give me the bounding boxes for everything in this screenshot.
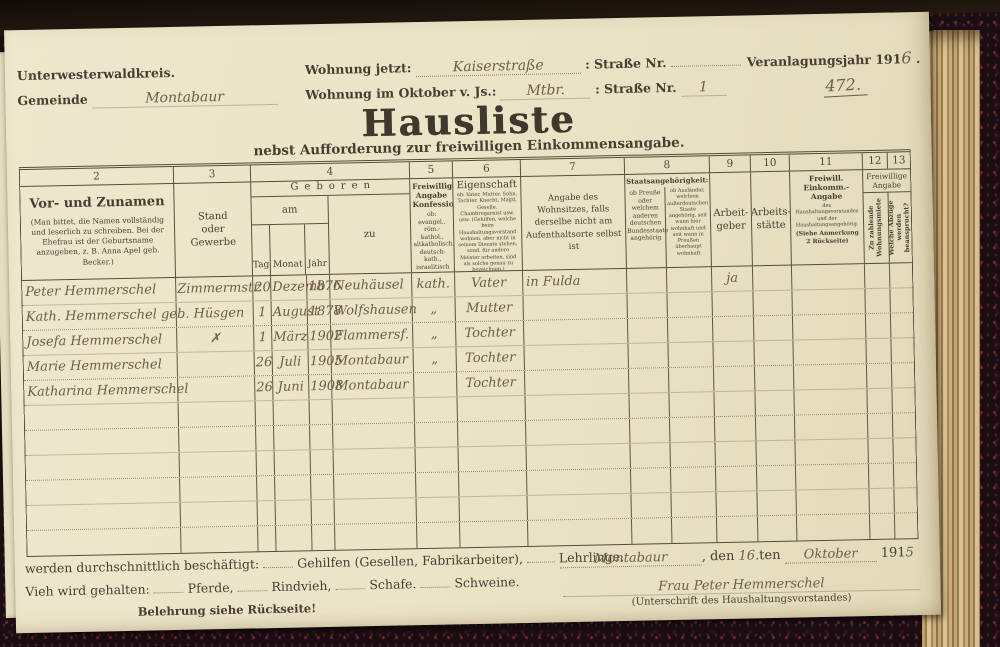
cell-arbeitgeber [712, 291, 753, 316]
belehrung-note: Belehrung siehe Rückseite! [26, 598, 486, 621]
header-einkommen-note: des Haushaltungsvorstandes und der Haush… [793, 202, 861, 228]
hausliste-table: 2 3 4 5 6 7 8 9 10 11 12 13 Vor- und Zun… [19, 149, 919, 557]
cell-tag: 26 [255, 351, 273, 375]
cell-geburtsort [333, 423, 415, 449]
cell-jahr [311, 475, 334, 499]
header-jahr: Jahr [305, 224, 329, 274]
livestock-blank-2 [237, 580, 267, 592]
cell-arbeitgeber [716, 491, 757, 516]
header-names: Vor- und Zunamen (Man bittet, die Namen … [20, 184, 176, 280]
header-arbeitsstaette: Arbeits- stätte [751, 172, 792, 266]
cell-staat-deutsch [627, 268, 667, 293]
cell-name [25, 428, 179, 455]
header-staat-title: Staatsangehörigkeit: [625, 173, 709, 186]
cell-arbeitgeber [713, 341, 754, 366]
cell-konfession [415, 397, 458, 422]
header-arbeitgeber: Arbeit- geber [710, 172, 753, 266]
cell-staat-ausland [668, 317, 713, 342]
cell-staat-deutsch [628, 343, 668, 368]
livestock-schweine: Schweine. [454, 574, 519, 590]
cell-staat-ausland [667, 292, 712, 317]
strasse-nr-label: : Straße Nr. [585, 55, 667, 72]
cell-wohnsitz [526, 419, 630, 445]
date-day-value: 16. [738, 548, 759, 563]
cell-jahr: 1902 [308, 325, 331, 349]
cell-wohnsitz [525, 394, 629, 420]
livestock-line: Vieh wird gehalten: Pferde, Rindvieh, Sc… [25, 575, 485, 599]
cell-konfession [416, 447, 459, 472]
header-eigenschaft: Eigenschaft ob: Vater, Mutter, Sohn, Toc… [453, 177, 523, 271]
cell-wohnsitz [528, 519, 632, 546]
col-number-10: 10 [751, 155, 790, 172]
strasse-nr-jetzt-value [671, 65, 741, 67]
cell-jahr: 1905 [309, 350, 332, 374]
employed-label: werden durchschnittlich beschäftigt: [25, 556, 260, 576]
cell-miete [866, 314, 891, 338]
header-staatsangehoerigkeit: Staatsangehörigkeit: ob Preuße oder welc… [625, 173, 712, 268]
table-body: Peter Hemmerschel Zimmermstr. 20 Dezemb.… [22, 263, 917, 556]
cell-geburtsort [335, 498, 417, 524]
cell-arbeitsstaette [755, 391, 794, 416]
cell-name [26, 453, 180, 480]
header-tag-monat-jahr: Tag Monat Jahr [252, 224, 329, 276]
cell-staat-ausland [669, 367, 714, 392]
header-zu: zu [328, 194, 411, 274]
cell-name: Josefa Hemmerschel [23, 328, 177, 355]
cell-geburtsort: Wolfshausen [331, 298, 413, 324]
cell-staat-deutsch [628, 318, 668, 343]
cell-tag [257, 451, 275, 475]
cell-staat-ausland [670, 417, 715, 442]
cell-arbeitsstaette [753, 291, 792, 316]
cell-jahr [310, 425, 333, 449]
cell-monat [274, 425, 310, 450]
cell-wohnsitz [524, 319, 628, 345]
cell-staat-ausland [671, 467, 716, 492]
cell-einkommen [795, 439, 868, 464]
header-geboren: Geboren am Tag Monat Jahr zu [251, 179, 412, 275]
cell-stand: ✗ [177, 326, 254, 352]
cell-einkommen [797, 514, 870, 540]
cell-name [27, 503, 181, 530]
cell-staat-ausland [667, 267, 712, 292]
cell-abzuege [895, 513, 917, 538]
table-header-row: Vor- und Zunamen (Man bittet, die Namen … [20, 169, 912, 281]
cell-miete [868, 414, 893, 438]
cell-tag [257, 476, 275, 500]
wohnung-jetzt-line: Wohnung jetzt: Kaiserstraße : Straße Nr. [305, 54, 741, 80]
header-konfession-title: Freiwillige Angabe Konfession [412, 181, 451, 209]
cell-arbeitgeber: ja [712, 266, 753, 291]
cell-miete [869, 464, 894, 488]
hausliste-page: Unterwesterwaldkreis. Gemeinde Montabaur… [4, 12, 941, 633]
cell-eigenschaft: Tochter [456, 346, 524, 371]
header-freiwillige-angabe: Freiwillige Angabe Zu zahlende Wohnungsm… [863, 169, 912, 263]
cell-arbeitsstaette [754, 316, 793, 341]
header-abzuege-vertical: Welche Abzüge werden beansprucht? [888, 194, 912, 260]
cell-arbeitsstaette [754, 341, 793, 366]
cell-stand [179, 426, 256, 452]
livestock-pferde: Pferde, [188, 580, 234, 596]
cell-tag [256, 426, 274, 450]
cell-staat-ausland [672, 517, 717, 543]
cell-arbeitsstaette [757, 491, 796, 516]
cell-einkommen [794, 389, 867, 414]
col-number-6: 6 [453, 160, 521, 177]
cell-eigenschaft: Tochter [456, 321, 524, 346]
employed-blank-2 [527, 551, 555, 563]
header-geboren-am-group: am Tag Monat Jahr [251, 196, 330, 276]
cell-stand: Zimmermstr. [176, 276, 253, 302]
cell-konfession: „ [414, 347, 457, 372]
cell-eigenschaft: Mutter [455, 296, 523, 321]
col-number-12: 12 [863, 153, 888, 169]
header-einkommen: Freiwill. Einkomm.-Angabe des Haushaltun… [790, 170, 865, 264]
cell-geburtsort [334, 448, 416, 474]
cell-arbeitsstaette [755, 366, 794, 391]
cell-stand [181, 526, 258, 553]
veranlagungsjahr-label: Veranlagungsjahr 191 [747, 51, 902, 69]
cell-abzuege [891, 313, 913, 337]
cell-tag [256, 401, 274, 425]
cell-jahr: 1876 [307, 275, 330, 299]
cell-eigenschaft: Tochter [457, 371, 525, 396]
veranlagungsjahr-value: 6 [901, 48, 912, 67]
cell-wohnsitz [523, 294, 627, 320]
cell-wohnsitz [526, 444, 630, 470]
cell-staat-deutsch [630, 418, 670, 443]
cell-arbeitsstaette [756, 416, 795, 441]
header-geboren-body: am Tag Monat Jahr zu [251, 194, 411, 275]
cell-abzuege [890, 263, 912, 287]
cell-eigenschaft [459, 446, 527, 471]
cell-tag: 1 [254, 301, 272, 325]
cell-tag [258, 526, 276, 551]
cell-geburtsort [333, 398, 415, 424]
cell-konfession [415, 422, 458, 447]
cell-name: Katharina Hemmerschel [24, 378, 178, 405]
cell-arbeitgeber [714, 366, 755, 391]
cell-monat [275, 450, 311, 475]
cell-abzuege [890, 288, 912, 312]
cell-tag: 1 [254, 326, 272, 350]
cell-staat-deutsch [630, 443, 670, 468]
cell-eigenschaft [457, 396, 525, 421]
col-number-11: 11 [790, 153, 863, 170]
cell-konfession [416, 472, 459, 497]
col-number-7: 7 [521, 158, 625, 176]
cell-eigenschaft [460, 521, 528, 547]
cell-einkommen [796, 489, 869, 514]
year-value: 5 [905, 545, 914, 560]
cell-tag: 20 [253, 276, 271, 300]
cell-monat [275, 475, 311, 500]
cell-jahr: 1878 [308, 300, 331, 324]
cell-monat: Juli [273, 350, 309, 375]
livestock-schafe: Schafe. [369, 576, 416, 592]
cell-einkommen [792, 289, 865, 314]
cell-name [27, 528, 181, 556]
livestock-blank-1 [154, 582, 184, 594]
cell-monat: Dezemb. [271, 275, 307, 300]
cell-monat [274, 400, 310, 425]
cell-arbeitgeber [715, 416, 756, 441]
header-names-title: Vor- und Zunamen [25, 194, 168, 212]
cell-monat: August [272, 300, 308, 325]
header-stand: Stand oder Gewerbe [174, 182, 253, 277]
cell-monat: Juni [273, 375, 309, 400]
cell-abzuege [893, 413, 915, 437]
cell-staat-deutsch [631, 493, 671, 518]
cell-konfession: „ [413, 297, 456, 322]
cell-geburtsort: Flammersf. [331, 323, 413, 349]
cell-wohnsitz [527, 494, 631, 520]
header-konfession-note: ob: evangel., röm.-kathol., altkatholisc… [413, 210, 452, 272]
header-eigenschaft-title: Eigenschaft [455, 179, 518, 191]
livestock-blank-3 [335, 578, 365, 590]
header-eigenschaft-note: ob: Vater, Mutter, Sohn, Tochter, Knecht… [455, 191, 520, 271]
cell-stand [179, 401, 256, 427]
cell-miete [867, 364, 892, 388]
date-month-value: Oktober [785, 546, 877, 564]
livestock-rindvieh: Rindvieh, [271, 578, 331, 594]
cell-miete [866, 339, 891, 363]
cell-jahr: 1908 [309, 375, 332, 399]
header-miete-cell: Zu zahlende Wohnungsmiete [863, 193, 889, 263]
cell-name: Peter Hemmerschel [22, 278, 176, 305]
cell-arbeitgeber [714, 391, 755, 416]
cell-miete [868, 439, 893, 463]
col-number-8: 8 [625, 156, 710, 174]
cell-arbeitsstaette [757, 466, 796, 491]
cell-staat-ausland [670, 442, 715, 467]
gemeinde-label: Gemeinde [17, 92, 88, 108]
cell-staat-deutsch [629, 368, 669, 393]
cell-stand [177, 301, 254, 327]
cell-arbeitgeber [715, 441, 756, 466]
cell-arbeitsstaette [758, 516, 797, 542]
cell-stand [178, 351, 255, 377]
cell-jahr [311, 450, 334, 474]
header-monat: Monat [270, 224, 307, 275]
cell-einkommen [794, 364, 867, 389]
header-staat-body: ob Preuße oder welchem anderen deutschen… [625, 186, 711, 268]
cell-tag: 26 [255, 376, 273, 400]
header-tag: Tag [252, 225, 271, 275]
header-freiwillige-angabe-title: Freiwillige Angabe [863, 169, 910, 193]
cell-wohnsitz: in Fulda [523, 269, 627, 295]
cell-konfession [417, 522, 460, 548]
header-am: am [251, 196, 328, 226]
cell-einkommen [795, 414, 868, 439]
cell-monat: März [272, 325, 308, 350]
col-number-9: 9 [710, 155, 751, 172]
cell-abzuege [891, 338, 913, 362]
footer-left: werden durchschnittlich beschäftigt: Geh… [25, 552, 486, 621]
wohnung-jetzt-label: Wohnung jetzt: [305, 60, 412, 77]
col-number-13: 13 [888, 152, 910, 168]
livestock-blank-4 [420, 576, 450, 588]
cell-name: Marie Hemmerschel [24, 353, 178, 380]
cell-konfession: kath. [412, 272, 455, 297]
cell-miete [870, 514, 895, 539]
cell-name [26, 478, 180, 505]
veranlagungsjahr-period: . [916, 51, 921, 66]
cell-konfession [417, 497, 460, 522]
header-wohnsitz: Angabe des Wohnsitzes, falls derselbe ni… [521, 175, 627, 270]
cell-abzuege [892, 388, 914, 412]
cell-geburtsort [335, 523, 417, 550]
footer-right: Montabaur, den 16.ten Oktober 1915 Frau … [560, 545, 923, 609]
cell-eigenschaft [460, 496, 528, 521]
cell-eigenschaft [458, 421, 526, 446]
cell-name [25, 403, 179, 430]
cell-geburtsort: Neuhäusel [330, 273, 412, 299]
cell-eigenschaft: Vater [455, 271, 523, 296]
date-place-value: Montabaur [560, 549, 702, 568]
header-staat-deutsch: ob Preuße oder welchem anderen deutschen… [625, 187, 667, 268]
cell-konfession: „ [413, 322, 456, 347]
cell-tag [258, 501, 276, 525]
cell-monat [276, 500, 312, 525]
employed-mid: Gehilfen (Gesellen, Fabrikarbeiter), [297, 551, 523, 571]
cell-wohnsitz [525, 369, 629, 395]
cell-staat-ausland [671, 492, 716, 517]
cell-miete [869, 489, 894, 513]
cell-geburtsort: Montabaur [332, 348, 414, 374]
col-number-4: 4 [251, 162, 410, 181]
cell-staat-deutsch [627, 293, 667, 318]
col-number-2: 2 [20, 167, 174, 186]
cell-miete [867, 389, 892, 413]
cell-staat-deutsch [632, 518, 672, 544]
district-label: Unterwesterwaldkreis. [17, 65, 175, 83]
cell-staat-ausland [669, 392, 714, 417]
header-miete-vertical: Zu zahlende Wohnungsmiete [868, 195, 885, 261]
cell-miete [865, 289, 890, 313]
cell-abzuege [893, 438, 915, 462]
cell-stand [178, 376, 255, 402]
cell-abzuege [894, 463, 916, 487]
strasse-nr-okt-label: : Straße Nr. [595, 80, 677, 97]
cell-stand [181, 501, 258, 527]
cell-name: Kath. Hemmerschel geb. Hüsgen [23, 303, 177, 330]
veranlagungsjahr-line: Veranlagungsjahr 1916 . [747, 48, 921, 70]
ten-label: ten [759, 548, 781, 563]
cell-miete [865, 264, 890, 288]
cell-staat-deutsch [629, 393, 669, 418]
cell-arbeitgeber [713, 316, 754, 341]
cell-einkommen [793, 339, 866, 364]
header-einkommen-ref: (Siehe Anmerkung 2 Rückseite) [793, 229, 861, 245]
den-label: , den [702, 549, 735, 565]
header-abzuege-cell: Welche Abzüge werden beansprucht? [888, 192, 911, 262]
header-staat-auslaender: ob Ausländer, welchem außerdeutschen Sta… [665, 186, 711, 267]
cell-geburtsort [334, 473, 416, 499]
header-names-note: (Man bittet, die Namen vollständig und l… [26, 215, 170, 268]
cell-jahr [310, 400, 333, 424]
employed-blank-1 [263, 557, 293, 569]
header-konfession: Freiwillige Angabe Konfession ob: evange… [410, 178, 455, 272]
cell-einkommen [796, 464, 869, 489]
cell-abzuege [894, 488, 916, 512]
col-number-3: 3 [174, 165, 251, 183]
cell-arbeitsstaette [753, 266, 792, 291]
cell-wohnsitz [527, 469, 631, 495]
header-freiwillige-angabe-body: Zu zahlende Wohnungsmiete Welche Abzüge … [863, 192, 911, 263]
col-number-5: 5 [410, 161, 453, 178]
cell-jahr [312, 500, 335, 524]
header-einkommen-title: Freiwill. Einkomm.-Angabe [792, 173, 861, 201]
wohnung-jetzt-value: Kaiserstraße [416, 57, 581, 77]
cell-stand [180, 476, 257, 502]
cell-arbeitgeber [717, 516, 758, 542]
cell-stand [180, 451, 257, 477]
cell-einkommen [792, 264, 865, 289]
cell-monat [276, 525, 312, 551]
cell-arbeitsstaette [756, 441, 795, 466]
cell-abzuege [892, 363, 914, 387]
cell-geburtsort: Montabaur [332, 373, 414, 399]
cell-jahr [312, 525, 335, 550]
cell-einkommen [793, 314, 866, 339]
cell-eigenschaft [459, 471, 527, 496]
cell-wohnsitz [524, 344, 628, 370]
cell-staat-deutsch [631, 468, 671, 493]
livestock-label: Vieh wird gehalten: [25, 582, 150, 599]
cell-arbeitgeber [716, 466, 757, 491]
cell-staat-ausland [668, 342, 713, 367]
cell-konfession [414, 372, 457, 397]
year-label: 191 [881, 545, 906, 560]
